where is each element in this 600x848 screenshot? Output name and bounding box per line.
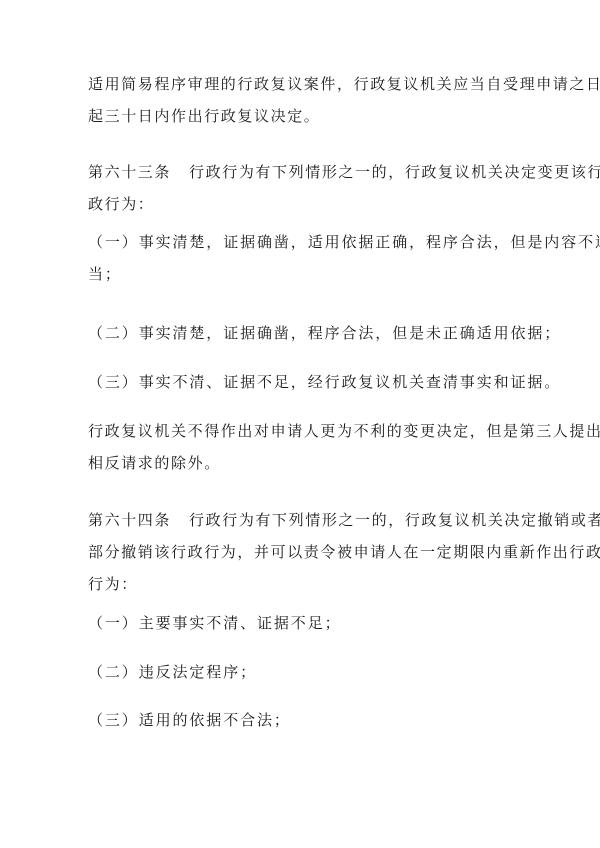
article-text: 行政行为有下列情形之一的，行政复议机关决定变更该行 <box>189 163 600 181</box>
text-line: 政行为： <box>88 188 518 220</box>
article-63: 第六十三条行政行为有下列情形之一的，行政复议机关决定变更该行 政行为： <box>88 156 518 220</box>
article-number: 第六十三条 <box>88 163 171 181</box>
article-63-item-2: （二）事实清楚，证据确凿，程序合法，但是未正确适用依据； <box>88 317 518 349</box>
text-line: 第六十四条行政行为有下列情形之一的，行政复议机关决定撤销或者 <box>88 504 518 536</box>
text-line: （三）事实不清、证据不足，经行政复议机关查清事实和证据。 <box>88 366 518 398</box>
article-number: 第六十四条 <box>88 511 171 529</box>
text-line: 起三十日内作出行政复议决定。 <box>88 100 518 132</box>
article-63-clause-2: 行政复议机关不得作出对申请人更为不利的变更决定，但是第三人提出 相反请求的除外。 <box>88 415 518 479</box>
article-63-item-3: （三）事实不清、证据不足，经行政复议机关查清事实和证据。 <box>88 366 518 398</box>
text-line: 相反请求的除外。 <box>88 447 518 479</box>
text-line: 当； <box>88 258 518 290</box>
text-line: 部分撤销该行政行为，并可以责令被申请人在一定期限内重新作出行政 <box>88 536 518 568</box>
article-64-item-2: （二）违反法定程序； <box>88 656 518 688</box>
article-64: 第六十四条行政行为有下列情形之一的，行政复议机关决定撤销或者 部分撤销该行政行为… <box>88 504 518 600</box>
text-line: 行政复议机关不得作出对申请人更为不利的变更决定，但是第三人提出 <box>88 415 518 447</box>
text-line: （二）事实清楚，证据确凿，程序合法，但是未正确适用依据； <box>88 317 518 349</box>
article-64-item-1: （一）主要事实不清、证据不足； <box>88 607 518 639</box>
text-line: （一）事实清楚，证据确凿，适用依据正确，程序合法，但是内容不适 <box>88 226 518 258</box>
text-line: （二）违反法定程序； <box>88 656 518 688</box>
article-63-item-1: （一）事实清楚，证据确凿，适用依据正确，程序合法，但是内容不适 当； <box>88 226 518 290</box>
text-line: 行为： <box>88 568 518 600</box>
text-line: 第六十三条行政行为有下列情形之一的，行政复议机关决定变更该行 <box>88 156 518 188</box>
text-line: 适用简易程序审理的行政复议案件，行政复议机关应当自受理申请之日 <box>88 68 518 100</box>
text-line: （三）适用的依据不合法； <box>88 704 518 736</box>
article-64-item-3: （三）适用的依据不合法； <box>88 704 518 736</box>
document-page: 适用简易程序审理的行政复议案件，行政复议机关应当自受理申请之日 起三十日内作出行… <box>0 0 600 848</box>
article-text: 行政行为有下列情形之一的，行政复议机关决定撤销或者 <box>189 511 600 529</box>
text-line: （一）主要事实不清、证据不足； <box>88 607 518 639</box>
paragraph-continuation: 适用简易程序审理的行政复议案件，行政复议机关应当自受理申请之日 起三十日内作出行… <box>88 68 518 132</box>
